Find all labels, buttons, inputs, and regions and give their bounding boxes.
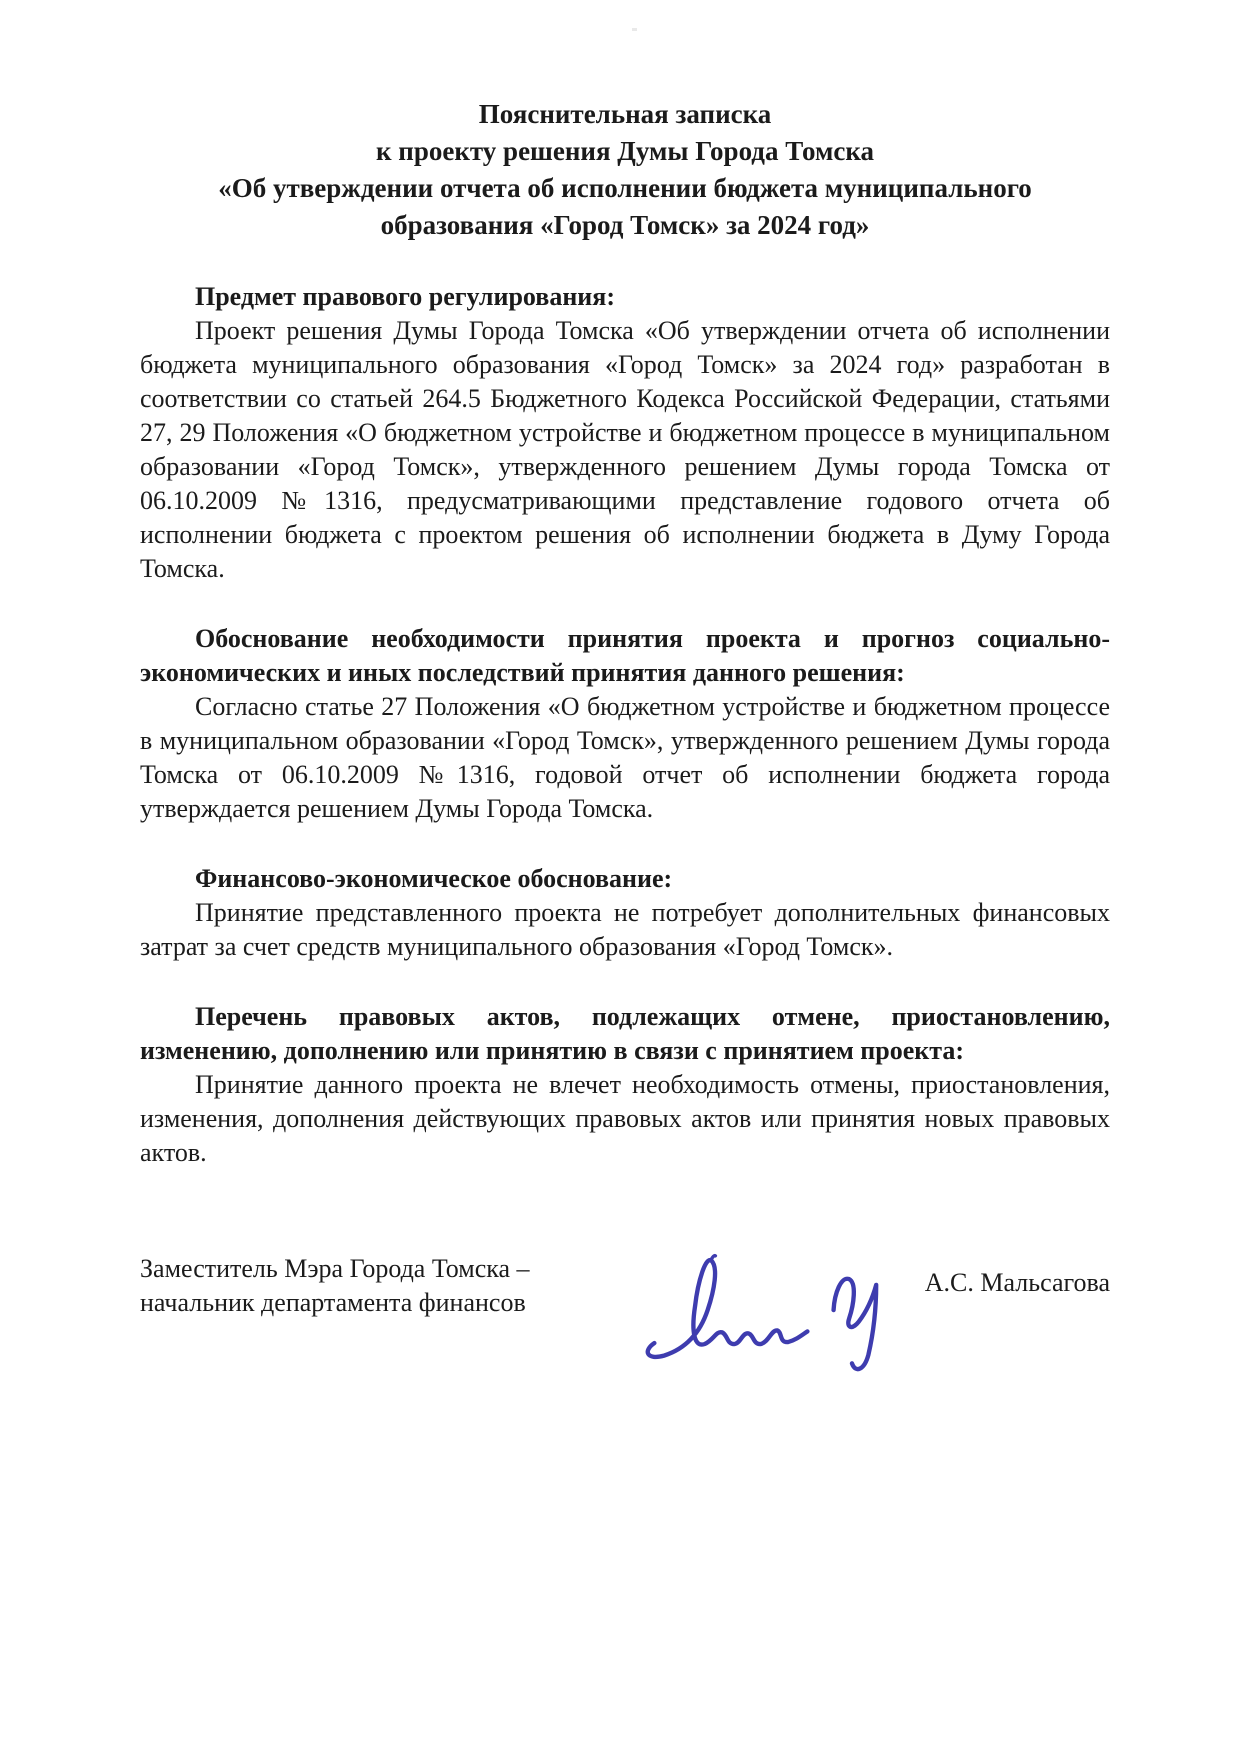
section-paragraph: Принятие данного проекта не влечет необх… [140,1068,1110,1170]
scan-artifact [632,28,637,31]
section-heading: Обоснование необходимости принятия проек… [140,622,1110,690]
document-title: Пояснительная записка к проекту решения … [140,96,1110,244]
section-paragraph: Согласно статье 27 Положения «О бюджетно… [140,690,1110,826]
section-heading: Перечень правовых актов, подлежащих отме… [140,1000,1110,1068]
section-financial: Финансово-экономическое обоснование: При… [140,862,1110,964]
section-heading: Предмет правового регулирования: [140,280,1110,314]
section-legal-acts: Перечень правовых актов, подлежащих отме… [140,1000,1110,1170]
title-line: к проекту решения Думы Города Томска [140,133,1110,170]
signatory-title: Заместитель Мэра Города Томска – начальн… [140,1252,595,1320]
section-justification: Обоснование необходимости принятия проек… [140,622,1110,826]
title-line: Пояснительная записка [140,96,1110,133]
signature-stroke [834,1279,877,1369]
document-page: Пояснительная записка к проекту решения … [0,0,1240,1753]
signatory-title-line: начальник департамента финансов [140,1286,595,1320]
signature-stroke [648,1260,808,1357]
section-paragraph: Принятие представленного проекта не потр… [140,896,1110,964]
section-paragraph: Проект решения Думы Города Томска «Об ут… [140,314,1110,586]
section-subject: Предмет правового регулирования: Проект … [140,280,1110,586]
signature-block: Заместитель Мэра Города Томска – начальн… [140,1252,1110,1378]
title-line: образования «Город Томск» за 2024 год» [140,207,1110,244]
handwritten-signature-icon [635,1248,897,1378]
title-line: «Об утверждении отчета об исполнении бюд… [140,170,1110,207]
signatory-title-line: Заместитель Мэра Города Томска – [140,1252,595,1286]
signatory-name: А.С. Мальсагова [925,1252,1110,1298]
section-heading: Финансово-экономическое обоснование: [140,862,1110,896]
